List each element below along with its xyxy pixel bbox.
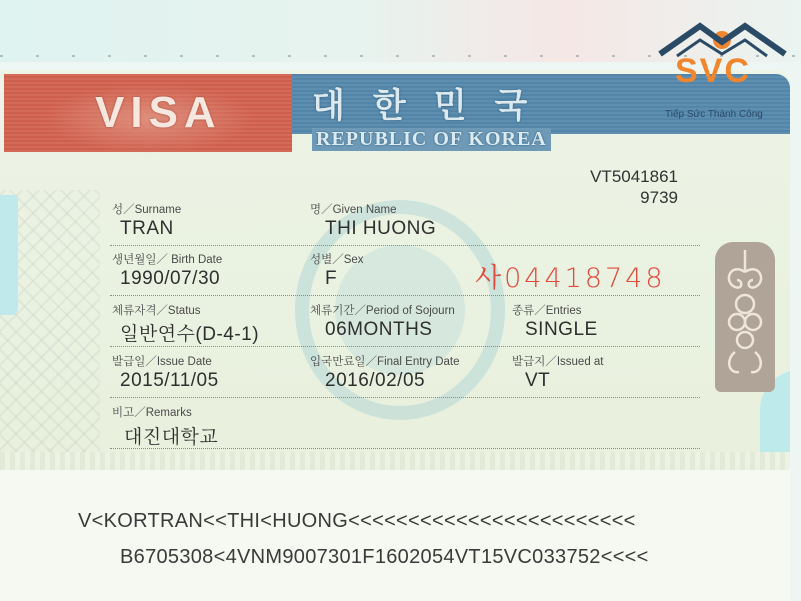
divider — [110, 295, 700, 296]
entries-label: 종류／Entries — [512, 302, 582, 318]
country-name-korean: 대한민국 — [312, 78, 555, 127]
visa-number-line1: VT5041861 — [590, 166, 678, 187]
visa-title: VISA — [95, 88, 222, 138]
given-name-value: THI HUONG — [325, 218, 436, 240]
serial-number: 사04418748 — [475, 256, 666, 295]
status-value: 일반연수(D-4-1) — [120, 319, 259, 346]
period-of-sojourn-label: 체류기간／Period of Sojourn — [310, 302, 455, 318]
remarks-label: 비고／Remarks — [112, 404, 192, 420]
given-name-label: 명／Given Name — [310, 201, 397, 217]
country-name-english: REPUBLIC OF KOREA — [312, 128, 551, 151]
remarks-value: 대진대학교 — [124, 422, 218, 449]
divider — [110, 397, 700, 398]
issue-date-value: 2015/11/05 — [120, 370, 219, 392]
mrz-line-1: V<KORTRAN<<THI<HUONG<<<<<<<<<<<<<<<<<<<<… — [78, 510, 636, 533]
logo-tagline: Tiếp Sức Thành Công — [665, 109, 763, 120]
surname-label: 성／Surname — [112, 201, 181, 217]
period-of-sojourn-value: 06MONTHS — [325, 319, 432, 341]
security-strip — [0, 452, 790, 470]
surname-value: TRAN — [120, 218, 174, 240]
divider — [110, 448, 700, 449]
status-label: 체류자격／Status — [112, 302, 201, 318]
birth-date-label: 생년월일／ Birth Date — [112, 251, 222, 267]
sex-label: 성별／Sex — [310, 251, 364, 267]
divider — [110, 346, 700, 347]
mrz-line-2: B6705308<4VNM9007301F1602054VT15VC033752… — [120, 546, 649, 569]
svc-logo: SVC Tiếp Sức Thành Công — [655, 12, 790, 122]
issued-at-value: VT — [525, 370, 550, 392]
machine-readable-zone: V<KORTRAN<<THI<HUONG<<<<<<<<<<<<<<<<<<<<… — [0, 470, 790, 601]
final-entry-date-value: 2016/02/05 — [325, 370, 425, 392]
logo-text: SVC — [675, 52, 751, 91]
issued-at-label: 발급지／Issued at — [512, 353, 604, 369]
birth-date-value: 1990/07/30 — [120, 268, 220, 290]
issue-date-label: 발급일／Issue Date — [112, 353, 212, 369]
visa-sticker: VISA 대한민국 REPUBLIC OF KOREA VT5041861 97… — [0, 70, 790, 470]
entries-value: SINGLE — [525, 319, 598, 341]
sex-value: F — [325, 268, 337, 290]
ornament-icon — [715, 242, 775, 392]
divider — [110, 245, 700, 246]
visa-number-line2: 9739 — [590, 187, 678, 208]
visa-number: VT5041861 9739 — [590, 166, 678, 208]
final-entry-date-label: 입국만료일／Final Entry Date — [310, 353, 460, 369]
page-tab — [0, 195, 18, 315]
